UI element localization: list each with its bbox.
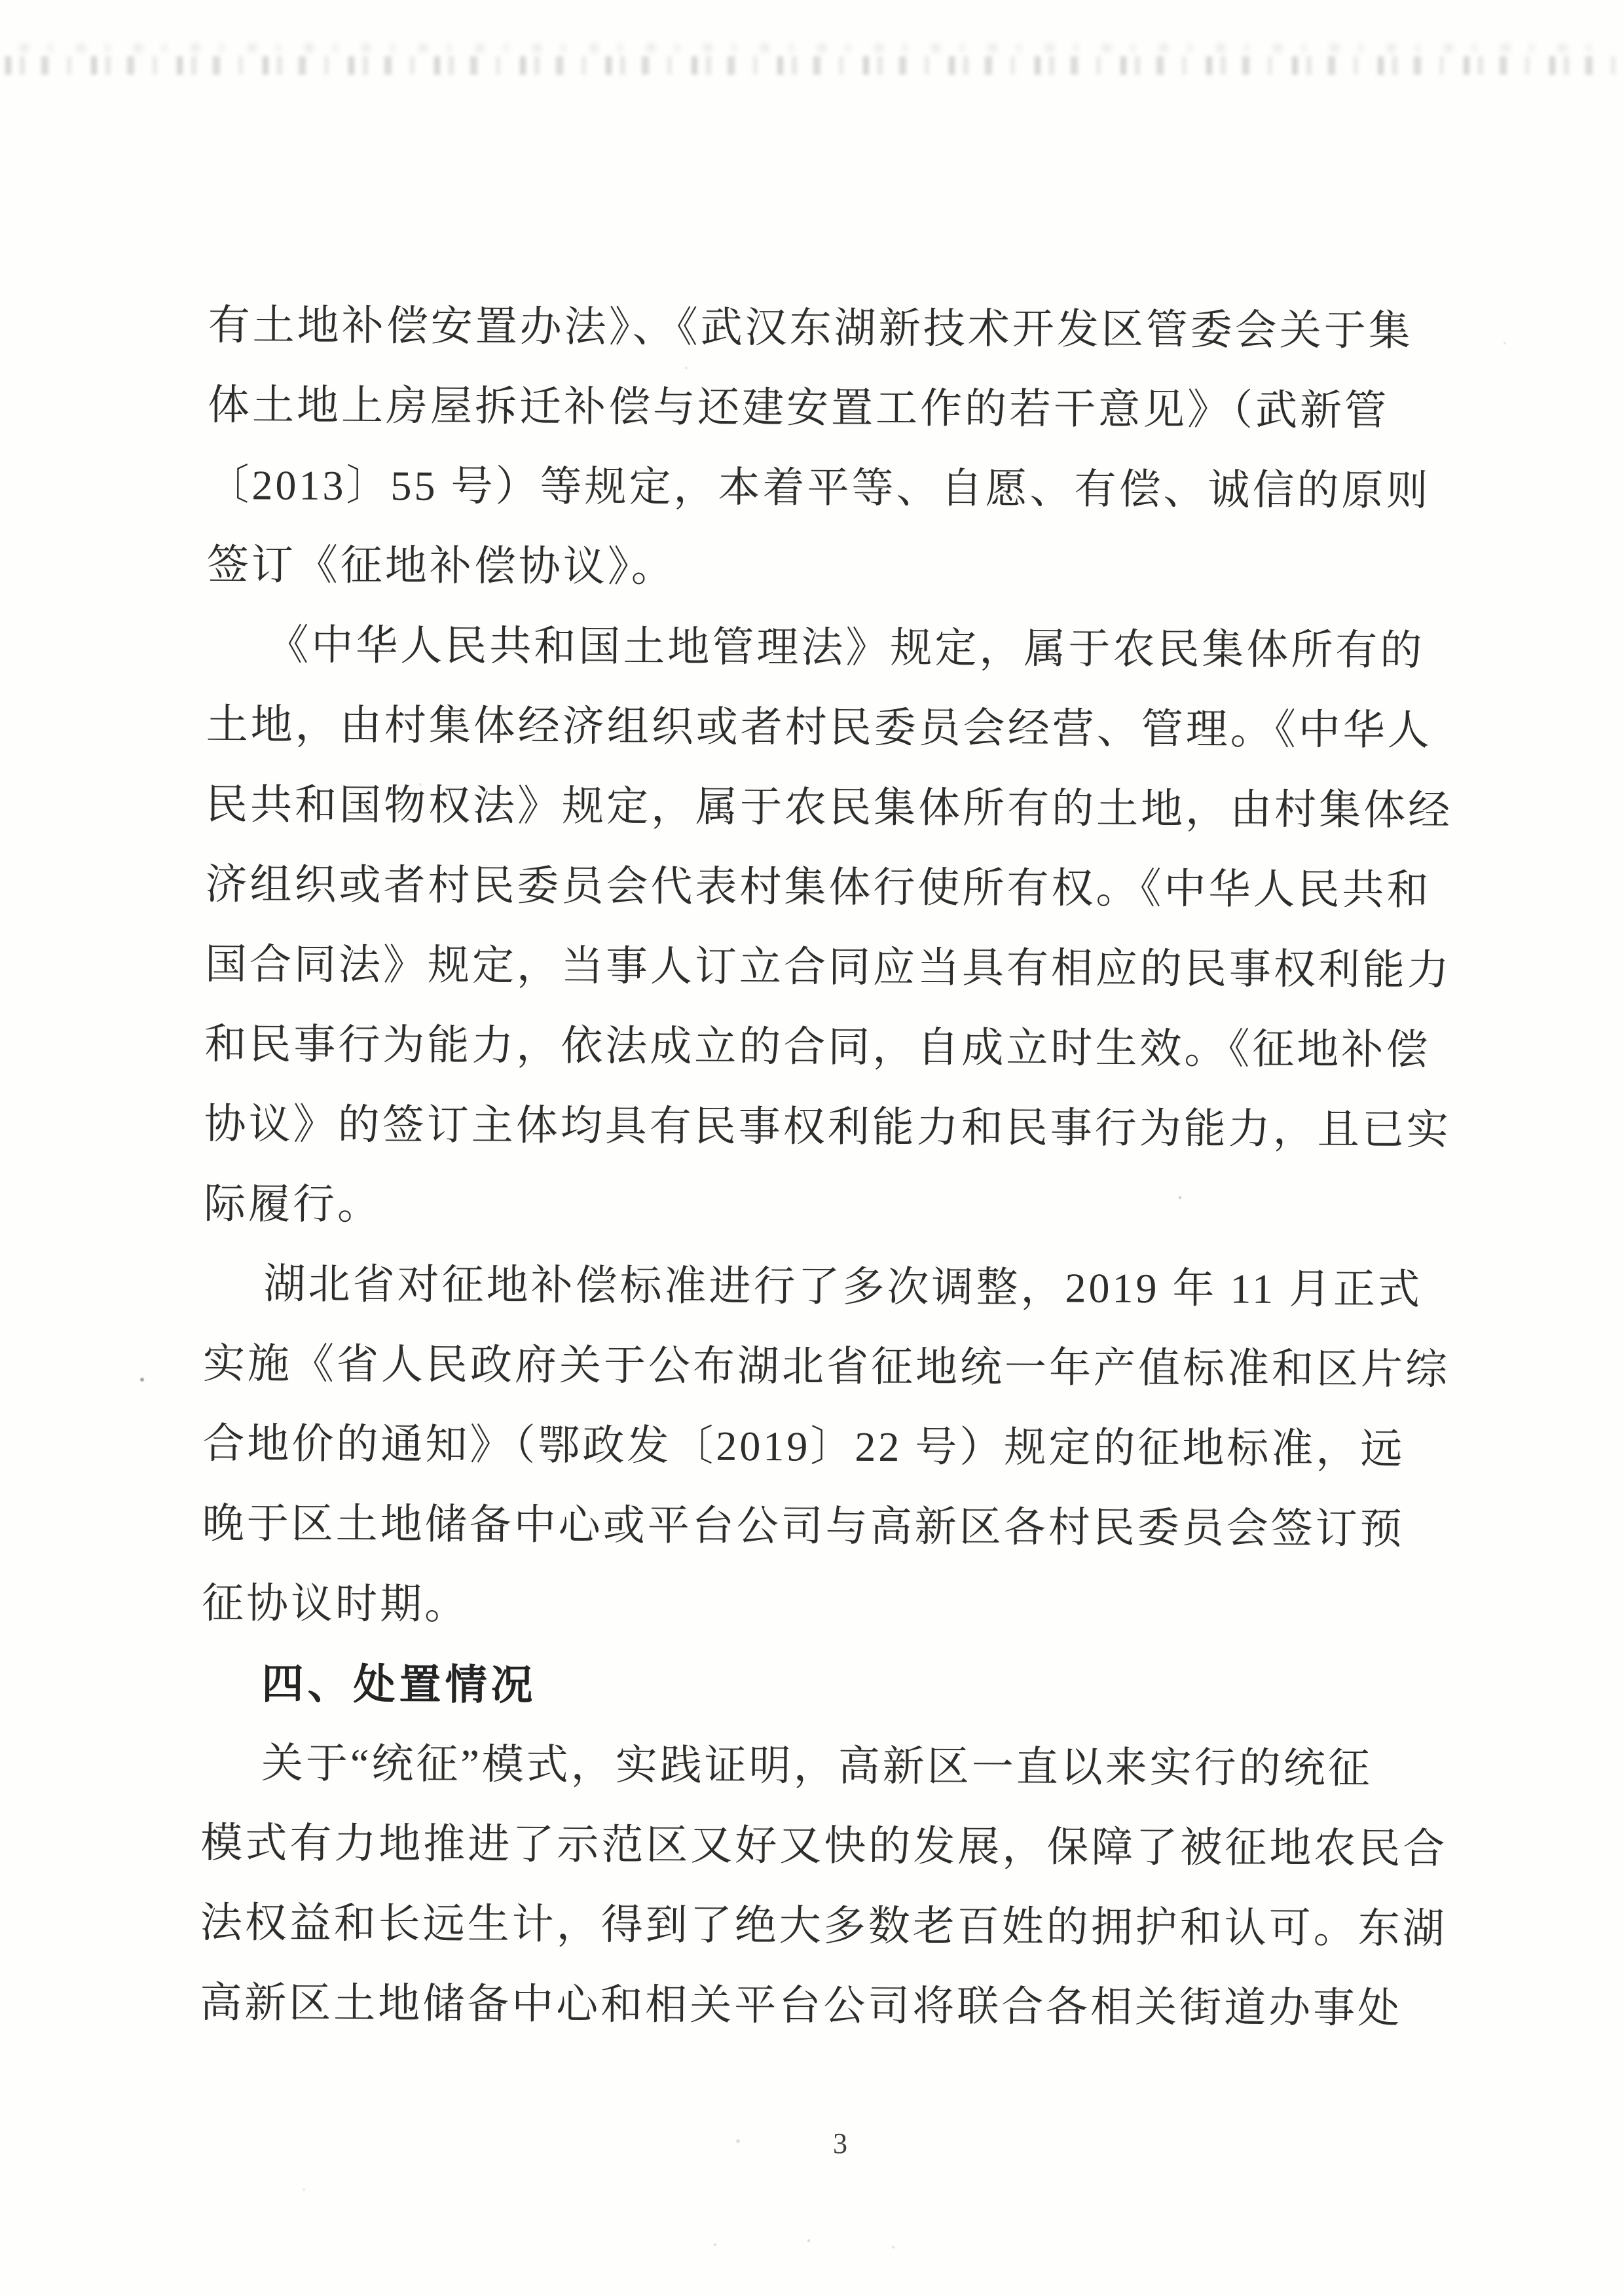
- paragraph: 《中华人民共和国土地管理法》规定，属于农民集体所有的土地，由村集体经济组织或者村…: [204, 605, 1438, 1250]
- text-line: 法权益和长远生计，得到了绝大多数老百姓的拥护和认可。东湖: [200, 1883, 1431, 1969]
- scanned-document-page: 有土地补偿安置办法》、《武汉东湖新技术开发区管委会关于集体土地上房屋拆迁补偿与还…: [0, 0, 1624, 2295]
- paragraph: 有土地补偿安置办法》、《武汉东湖新技术开发区管委会关于集体土地上房屋拆迁补偿与还…: [207, 285, 1439, 611]
- scan-noise-band: [5, 56, 1616, 75]
- text-line: 高新区土地储备中心和相关平台公司将联合各相关街道办事处: [200, 1963, 1431, 2049]
- text-line: 实施《省人民政府关于公布湖北省征地统一年产值标准和区片综: [203, 1324, 1435, 1410]
- text-line: 和民事行为能力，依法成立的合同，自成立时生效。《征地补偿: [204, 1004, 1436, 1090]
- text-line: 征协议时期。: [202, 1564, 1433, 1649]
- document-body: 有土地补偿安置办法》、《武汉东湖新技术开发区管委会关于集体土地上房屋拆迁补偿与还…: [200, 285, 1439, 2049]
- text-line: 合地价的通知》（鄂政发〔2019〕22 号）规定的征地标准，远: [202, 1404, 1434, 1490]
- paragraph: 关于“统征”模式，实践证明，高新区一直以来实行的统征模式有力地推进了示范区又好又…: [200, 1723, 1432, 2049]
- text-line: 体土地上房屋拆迁补偿与还建安置工作的若干意见》（武新管: [208, 365, 1439, 451]
- text-line: 民共和国物权法》规定，属于农民集体所有的土地，由村集体经: [206, 765, 1437, 851]
- section-heading: 四、处置情况: [201, 1643, 1433, 1729]
- text-line: 际履行。: [204, 1164, 1435, 1250]
- page-number: 3: [833, 2129, 847, 2158]
- text-line: 四、处置情况: [201, 1643, 1433, 1729]
- text-line: 国合同法》规定，当事人订立合同应当具有相应的民事权利能力: [205, 925, 1437, 1010]
- text-line: 有土地补偿安置办法》、《武汉东湖新技术开发区管委会关于集: [208, 285, 1439, 371]
- text-line: 〔2013〕55 号）等规定，本着平等、自愿、有偿、诚信的原则: [207, 445, 1439, 531]
- text-line: 签订《征地补偿协议》。: [207, 525, 1439, 611]
- paragraph: 湖北省对征地补偿标准进行了多次调整，2019 年 11 月正式实施《省人民政府关…: [202, 1244, 1435, 1649]
- scan-speckles: [0, 0, 3, 3]
- text-line: 关于“统征”模式，实践证明，高新区一直以来实行的统征: [201, 1723, 1433, 1809]
- text-line: 湖北省对征地补偿标准进行了多次调整，2019 年 11 月正式: [203, 1244, 1435, 1330]
- scan-noise-band: [20, 43, 1591, 52]
- text-line: 济组织或者村民委员会代表村集体行使所有权。《中华人民共和: [205, 845, 1437, 930]
- text-line: 晚于区土地储备中心或平台公司与高新区各村民委员会签订预: [202, 1484, 1433, 1570]
- text-line: 协议》的签订主体均具有民事权利能力和民事行为能力，且已实: [204, 1084, 1435, 1170]
- text-line: 《中华人民共和国土地管理法》规定，属于农民集体所有的: [206, 605, 1438, 691]
- text-line: 模式有力地推进了示范区又好又快的发展，保障了被征地农民合: [200, 1803, 1432, 1889]
- text-line: 土地，由村集体经济组织或者村民委员会经营、管理。《中华人: [206, 685, 1437, 771]
